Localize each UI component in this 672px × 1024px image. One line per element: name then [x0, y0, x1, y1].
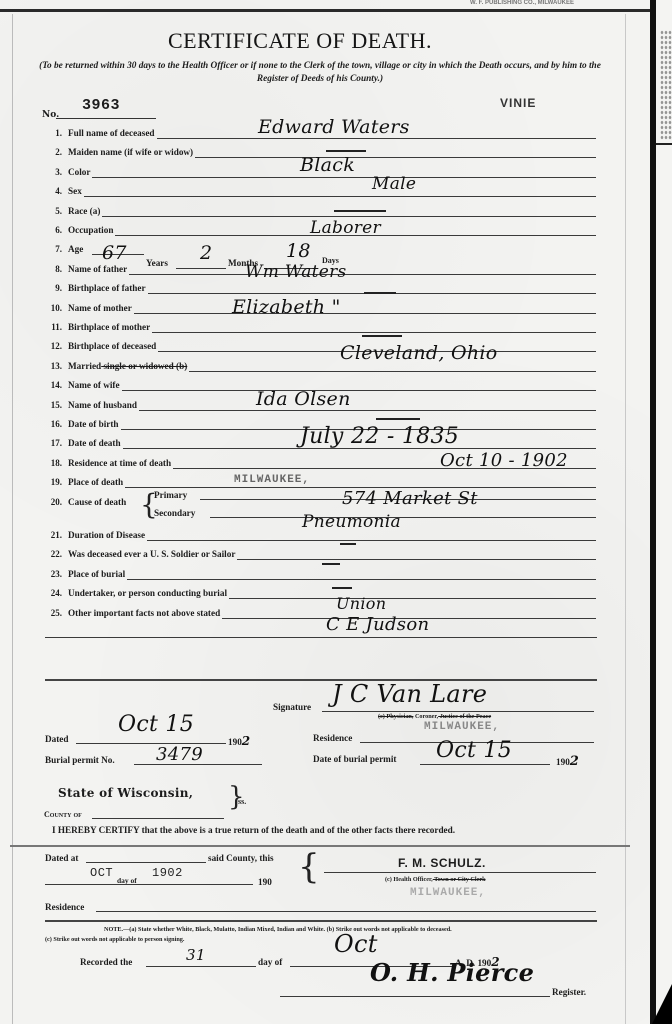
field-line — [129, 274, 596, 275]
health-officer-line — [324, 872, 596, 873]
page-edge-rule — [656, 143, 672, 145]
certificate-paper: W. F. PUBLISHING CO., MILWAUKEE CERTIFIC… — [0, 0, 650, 1024]
health-officer-caption: (c) Health Officer, Town or City Clerk — [385, 876, 486, 883]
field-number: 3. — [40, 167, 62, 177]
field-label: Name of father — [68, 264, 127, 274]
field-value-father-birthplace-dash — [364, 292, 396, 294]
dated-at-label: Dated at — [45, 853, 78, 863]
field-value-full-name: Edward Waters — [258, 116, 410, 138]
state-heading: State of Wisconsin, — [58, 786, 193, 800]
field-number: 23. — [40, 569, 62, 579]
field-line — [189, 371, 596, 372]
field-label: Date of death — [68, 438, 121, 448]
health-officer-caption-kept: (c) Health Officer, — [385, 876, 433, 883]
field-value-mother-birthplace-dash — [362, 335, 402, 337]
dated-brace: { — [298, 850, 320, 884]
dated-value: Oct 15 — [118, 712, 194, 737]
county-label: County of — [44, 810, 82, 819]
cause-secondary-line — [210, 517, 596, 518]
field-number: 22. — [40, 549, 62, 559]
field-line — [102, 216, 596, 217]
cause-primary-label: Primary — [154, 490, 187, 500]
recorded-month: Oct — [334, 930, 378, 958]
ss-label: ss. — [238, 797, 246, 806]
field-number: 12. — [40, 341, 62, 351]
field-value-place-of-death: 574 Market St — [342, 488, 478, 509]
field-number: 14. — [40, 380, 62, 390]
field-number: 1. — [40, 128, 62, 138]
field-label: Duration of Disease — [68, 530, 145, 540]
field-label-struck: single or widowed (b) — [101, 361, 187, 371]
certificate-number: 3963 — [82, 97, 120, 114]
note-2: (c) Strike out words not applicable to p… — [45, 936, 184, 943]
field-label: Occupation — [68, 225, 113, 235]
document-subtitle: (To be returned within 30 days to the He… — [30, 60, 610, 86]
signature-line — [322, 711, 594, 712]
signer-caption-justice: Justice of the Peace — [438, 713, 491, 720]
page-edge-speckle — [660, 30, 672, 140]
field-line — [84, 196, 596, 197]
field-number: 16. — [40, 419, 62, 429]
age-months-line — [176, 268, 226, 269]
field-value-wife-name: Ida Olsen — [256, 388, 351, 410]
age-years: 67 — [102, 242, 127, 264]
field-label: Race (a) — [68, 206, 100, 216]
dated-year: 1902 — [228, 734, 250, 748]
dated-label: Dated — [45, 734, 68, 744]
field-number: 8. — [40, 264, 62, 274]
register-signature: O. H. Pierce — [370, 958, 534, 987]
dated-year-suffix: 2 — [242, 734, 251, 748]
field-label: Other important facts not above stated — [68, 608, 220, 618]
burial-permit-date-line — [420, 764, 550, 765]
field-row: 24.Undertaker, or person conducting buri… — [0, 584, 650, 602]
field-row: 19.Place of death — [0, 473, 650, 491]
burial-permit-label: Burial permit No. — [45, 755, 115, 765]
recorded-day-of-label: day of — [258, 957, 282, 967]
field-number: 4. — [40, 186, 62, 196]
field-label: Birthplace of deceased — [68, 341, 156, 351]
field-number: 24. — [40, 588, 62, 598]
burial-permit-date-label: Date of burial permit — [313, 754, 396, 764]
field-number: 10. — [40, 303, 62, 313]
field-label: Age — [68, 244, 83, 254]
field-value-death-date: Oct 10 - 1902 — [440, 450, 568, 471]
field-number: 17. — [40, 438, 62, 448]
field-label: Place of death — [68, 477, 123, 487]
recorded-day-line — [146, 966, 256, 967]
field-value-cause-primary: Pneumonia — [302, 512, 401, 532]
field-label: Residence at time of death — [68, 458, 171, 468]
burial-permit-year-suffix: 2 — [570, 754, 579, 769]
document-title: CERTIFICATE OF DEATH. — [0, 28, 600, 54]
field-label: Place of burial — [68, 569, 125, 579]
field-line — [134, 313, 596, 314]
field-value-father-name: Wm Waters — [245, 262, 347, 282]
county-line — [92, 818, 224, 819]
field-row: 12.Birthplace of deceased — [0, 337, 650, 355]
field-label: Color — [68, 167, 90, 177]
burial-permit-year: 1902 — [556, 754, 579, 769]
signer-caption: (c) Physician, Coroner, Justice of the P… — [378, 713, 491, 720]
field-number: 7. — [40, 244, 62, 254]
field-row: 23.Place of burial — [0, 565, 650, 583]
field-line — [92, 177, 596, 178]
field-value-birth-date: July 22 - 1835 — [300, 424, 459, 449]
signer-residence-label: Residence — [313, 733, 352, 743]
field-row: 11.Birthplace of mother — [0, 318, 650, 336]
field-line — [229, 598, 596, 599]
field-label: Maiden name (if wife or widow) — [68, 147, 193, 157]
signature-label: Signature — [273, 702, 311, 712]
health-officer-name: F. M. SCHULZ. — [398, 856, 486, 870]
certify-day-stamp: OCT — [90, 866, 113, 880]
field-number: 13. — [40, 361, 62, 371]
residence-label: Residence — [45, 902, 84, 912]
field-row: 5.Race (a) — [0, 202, 650, 220]
field-value-undertaker: C E Judson — [326, 614, 429, 635]
notes-separator — [45, 920, 597, 922]
burial-permit-year-prefix: 190 — [556, 757, 570, 767]
said-county-label: said County, this — [208, 853, 274, 863]
field-label: Birthplace of father — [68, 283, 146, 293]
field-value-color: Black — [300, 154, 355, 176]
signer-caption-coroner: Coroner, — [413, 713, 438, 720]
field-line — [237, 559, 596, 560]
field-number: 5. — [40, 206, 62, 216]
signer-residence-stamp: MILWAUKEE, — [424, 721, 500, 733]
field-label: Sex — [68, 186, 82, 196]
field-row: 22.Was deceased ever a U. S. Soldier or … — [0, 545, 650, 563]
field-row: 13.Married single or widowed (b) — [0, 357, 650, 375]
health-officer-caption-struck: Town or City Clerk — [433, 876, 486, 883]
field-number: 15. — [40, 400, 62, 410]
field-value-residence-stamp: MILWAUKEE, — [234, 474, 310, 486]
register-line — [280, 996, 550, 997]
field-label: Full name of deceased — [68, 128, 155, 138]
field-value-cause-secondary-dash — [340, 543, 356, 545]
field-number: 19. — [40, 477, 62, 487]
field-line — [152, 332, 596, 333]
field-number: 25. — [40, 608, 62, 618]
field-value-sex: Male — [372, 174, 416, 194]
field-value-soldier-dash — [332, 587, 352, 589]
field-label: Name of mother — [68, 303, 132, 313]
signer-caption-physician: (c) Physician, — [378, 713, 413, 720]
scan-corner — [652, 984, 672, 1024]
age-days: 18 — [286, 240, 311, 262]
field-number: 6. — [40, 225, 62, 235]
field-value-mother-name: Elizabeth " — [232, 296, 341, 318]
field-label: Was deceased ever a U. S. Soldier or Sai… — [68, 549, 235, 559]
top-rule — [0, 9, 650, 12]
field-number: 2. — [40, 147, 62, 157]
recorded-day: 31 — [186, 946, 206, 964]
field-value-maiden-name-dash — [326, 150, 366, 152]
field-number: 18. — [40, 458, 62, 468]
field-value-race-dash — [334, 210, 386, 212]
field-row: 4.Sex — [0, 182, 650, 200]
field-number: 9. — [40, 283, 62, 293]
field-label: Birthplace of mother — [68, 322, 150, 332]
field-line — [195, 157, 596, 158]
cause-secondary-label: Secondary — [154, 508, 195, 518]
field-label: Married single or widowed (b) — [68, 361, 187, 371]
health-officer-stamp: MILWAUKEE, — [410, 887, 486, 899]
field-value-burial-place: Union — [336, 594, 386, 613]
dated-at-line — [86, 862, 206, 863]
printer-imprint: W. F. PUBLISHING CO., MILWAUKEE — [470, 0, 574, 6]
burial-permit-number: 3479 — [156, 744, 203, 765]
field-label: Undertaker, or person conducting burial — [68, 588, 227, 598]
field-row: 25.Other important facts not above state… — [0, 604, 650, 622]
register-label: Register. — [552, 987, 586, 997]
age-months: 2 — [200, 242, 212, 264]
field-line — [122, 390, 596, 391]
top-stamp: VINIE — [500, 96, 536, 110]
burial-permit-date: Oct 15 — [436, 738, 512, 763]
field-value-occupation: Laborer — [310, 218, 381, 238]
field-line — [157, 138, 596, 139]
field-label-prefix: Married — [68, 361, 101, 371]
field-number: 20. — [40, 497, 62, 507]
dated-year-prefix: 190 — [228, 737, 242, 747]
separator-rule — [45, 679, 597, 681]
certify-year-prefix: 190 — [258, 877, 272, 887]
note-1: NOTE.—(a) State whether White, Black, Mu… — [104, 926, 452, 933]
field-value-husband-dash — [376, 418, 420, 420]
field-line — [139, 410, 596, 411]
signer-signature: J C Van Lare — [332, 680, 487, 708]
certify-year-stamp: 1902 — [152, 866, 183, 880]
residence-line — [96, 911, 596, 912]
field-label: Name of wife — [68, 380, 120, 390]
dated-line — [76, 743, 226, 744]
certificate-number-line — [56, 118, 156, 119]
age-years-label: Years — [146, 258, 168, 268]
field-line — [127, 579, 596, 580]
field-line — [147, 540, 596, 541]
other-facts-extra-line — [45, 637, 597, 638]
certify-statement: I HEREBY CERTIFY that the above is a tru… — [52, 825, 455, 835]
field-value-duration-dash — [322, 563, 340, 565]
field-label: Name of husband — [68, 400, 137, 410]
certify-separator — [10, 845, 630, 847]
adjacent-page-edge — [650, 0, 672, 1024]
field-label: Date of birth — [68, 419, 119, 429]
field-number: 11. — [40, 322, 62, 332]
field-value-birthplace: Cleveland, Ohio — [340, 342, 498, 364]
field-label: Cause of death — [68, 497, 126, 507]
field-number: 21. — [40, 530, 62, 540]
recorded-label: Recorded the — [80, 957, 132, 967]
certify-date-line — [45, 884, 253, 885]
